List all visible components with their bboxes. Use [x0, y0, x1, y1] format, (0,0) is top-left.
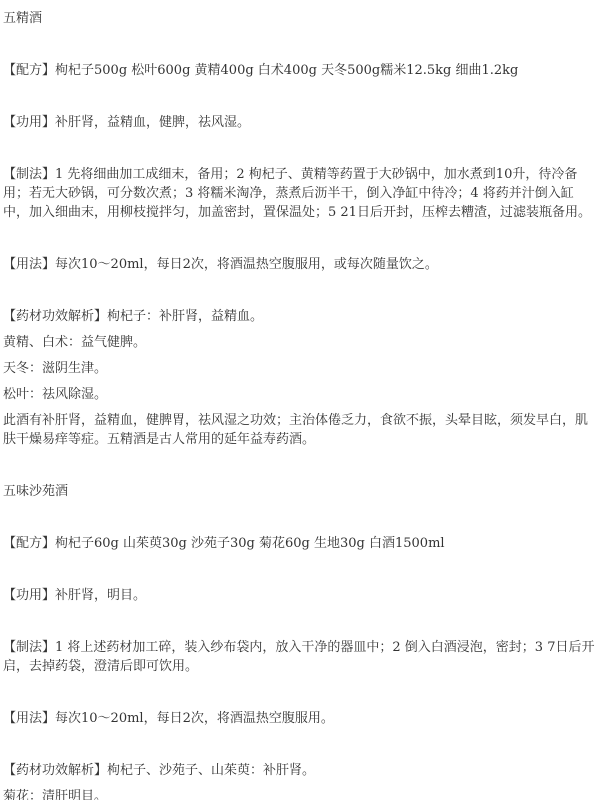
function-line: 【功用】补肝肾，益精血，健脾，祛风湿。	[3, 113, 596, 132]
method-paragraph: 【制法】1 先将细曲加工成细末，备用；2 枸杞子、黄精等药置于大砂锅中，加水煮到…	[3, 165, 596, 222]
usage-line: 【用法】每次10～20ml，每日2次，将酒温热空腹服用，或每次随量饮之。	[3, 255, 596, 274]
medicinal-wine-document: 五精酒 【配方】枸杞子500g 松叶600g 黄精400g 白术400g 天冬5…	[3, 9, 596, 800]
analysis-heading-line: 【药材功效解析】枸杞子：补肝肾，益精血。	[3, 307, 596, 326]
analysis-line: 天冬：滋阴生津。	[3, 359, 596, 378]
analysis-heading-line: 【药材功效解析】枸杞子、沙苑子、山茱萸：补肝肾。	[3, 761, 596, 780]
recipe-title: 五味沙苑酒	[3, 482, 596, 501]
formula-line: 【配方】枸杞子60g 山茱萸30g 沙苑子30g 菊花60g 生地30g 白酒1…	[3, 534, 596, 553]
analysis-line: 黄精、白术：益气健脾。	[3, 333, 596, 352]
function-line: 【功用】补肝肾，明目。	[3, 586, 596, 605]
recipe-section-wujingjiu: 五精酒 【配方】枸杞子500g 松叶600g 黄精400g 白术400g 天冬5…	[3, 9, 596, 449]
analysis-summary-paragraph: 此酒有补肝肾，益精血，健脾胃，祛风湿之功效；主治体倦乏力，食欲不振，头晕目眩，须…	[3, 411, 596, 449]
recipe-title: 五精酒	[3, 9, 596, 28]
formula-line: 【配方】枸杞子500g 松叶600g 黄精400g 白术400g 天冬500g糯…	[3, 61, 596, 80]
usage-line: 【用法】每次10～20ml，每日2次，将酒温热空腹服用。	[3, 709, 596, 728]
method-paragraph: 【制法】1 将上述药材加工碎，装入纱布袋内，放入干净的器皿中；2 倒入白酒浸泡，…	[3, 638, 596, 676]
recipe-section-wuweishayuanjiu: 五味沙苑酒 【配方】枸杞子60g 山茱萸30g 沙苑子30g 菊花60g 生地3…	[3, 482, 596, 800]
analysis-line: 松叶：祛风除湿。	[3, 385, 596, 404]
analysis-line: 菊花：清肝明目。	[3, 787, 596, 800]
